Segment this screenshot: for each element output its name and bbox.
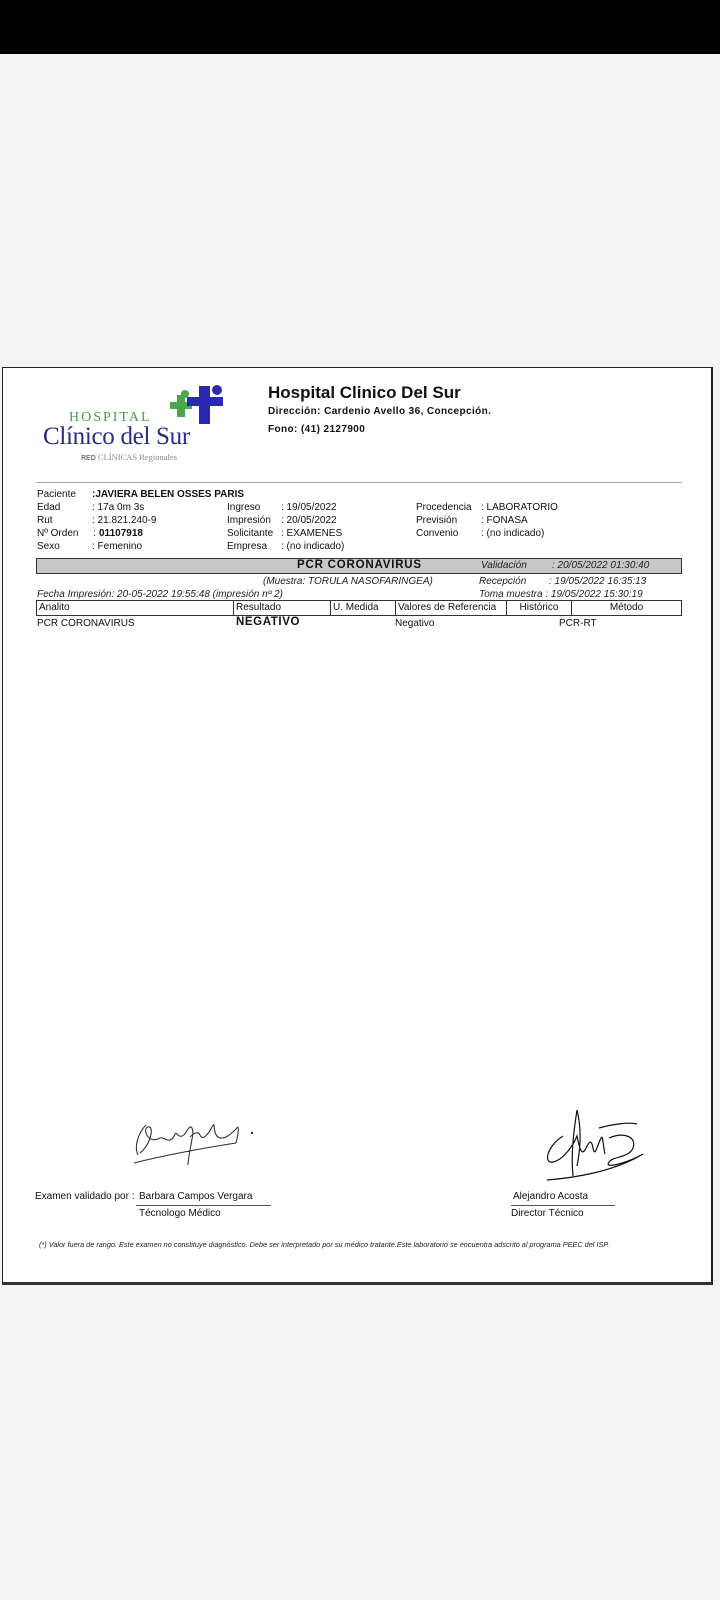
procedencia-label: Procedencia <box>416 502 472 513</box>
solicitante-value: : EXAMENES <box>281 528 342 539</box>
lab-report-page: HOSPITAL Clínico del Sur RED CLÍNICAS Re… <box>2 367 713 1285</box>
fecha-impresion: Fecha Impresión: 20-05-2022 19:55:48 (im… <box>37 589 283 600</box>
paciente-label: Paciente <box>37 489 76 500</box>
prevision-value: : FONASA <box>481 515 528 526</box>
header-divider <box>36 482 682 483</box>
hospital-logo: HOSPITAL Clínico del Sur RED CLÍNICAS Re… <box>41 382 231 464</box>
validado-label: Examen validado por : <box>35 1191 135 1202</box>
recepcion-value: : 19/05/2022 16:35:13 <box>549 576 646 587</box>
row-metodo: PCR-RT <box>559 618 597 629</box>
convenio-value: : (no indicado) <box>481 528 544 539</box>
edad-value: : 17a 0m 3s <box>92 502 144 513</box>
validator-role: Técnologo Médico <box>139 1208 221 1219</box>
solicitante-label: Solicitante <box>227 528 273 539</box>
director-name: Alejandro Acosta <box>513 1191 588 1202</box>
toma-muestra: Toma muestra : 19/05/2022 15:30:19 <box>479 589 643 600</box>
ingreso-value: : 19/05/2022 <box>281 502 337 513</box>
status-bar <box>0 0 720 54</box>
director-signature <box>533 1106 653 1186</box>
prevision-label: Previsión <box>416 515 457 526</box>
rut-value: : 21.821.240-9 <box>92 515 157 526</box>
col-unidad: U. Medida <box>331 601 396 615</box>
orden-label: Nº Orden <box>37 528 78 539</box>
col-metodo: Método <box>572 601 681 615</box>
ingreso-label: Ingreso <box>227 502 260 513</box>
recepcion-label: Recepción <box>479 576 526 587</box>
director-role: Director Técnico <box>511 1208 584 1219</box>
hospital-title: Hospital Clinico Del Sur <box>268 383 461 403</box>
col-resultado: Resultado <box>234 601 331 615</box>
hospital-address: Dirección: Cardenio Avello 36, Concepció… <box>268 406 491 417</box>
impresion-value: : 20/05/2022 <box>281 515 337 526</box>
sexo-value: : Femenino <box>92 541 142 552</box>
procedencia-value: : LABORATORIO <box>481 502 558 513</box>
orden-value: 01107918 <box>99 528 143 539</box>
validacion-label: Validación <box>481 560 527 571</box>
col-referencia: Valores de Referencia <box>396 601 507 615</box>
logo-name-text: Clínico del Sur <box>43 423 190 451</box>
convenio-label: Convenio <box>416 528 458 539</box>
hospital-phone: Fono: (41) 2127900 <box>268 424 365 435</box>
row-analito: PCR CORONAVIRUS <box>37 618 135 629</box>
row-referencia: Negativo <box>395 618 434 629</box>
logo-network-text: RED CLÍNICAS Regionales <box>81 452 177 462</box>
row-resultado: NEGATIVO <box>236 616 300 628</box>
results-table-header: Analito Resultado U. Medida Valores de R… <box>36 600 682 616</box>
validator-signature <box>128 1113 258 1173</box>
edad-label: Edad <box>37 502 60 513</box>
muestra-text: (Muestra: TORULA NASOFARINGEA) <box>263 576 433 587</box>
footnote: (*) Valor fuera de rango. Este examen no… <box>39 1240 609 1249</box>
exam-title: PCR CORONAVIRUS <box>297 559 422 571</box>
col-historico: Histórico <box>507 601 572 615</box>
sexo-label: Sexo <box>37 541 60 552</box>
director-signature-line <box>511 1205 615 1206</box>
empresa-label: Empresa <box>227 541 267 552</box>
empresa-value: : (no indicado) <box>281 541 344 552</box>
validacion-value: : 20/05/2022 01:30:40 <box>552 560 649 571</box>
validator-name: Barbara Campos Vergara <box>139 1191 252 1202</box>
rut-label: Rut <box>37 515 53 526</box>
col-analito: Analito <box>37 601 234 615</box>
exam-title-bar: PCR CORONAVIRUS Validación : 20/05/2022 … <box>36 558 682 574</box>
paciente-value: :JAVIERA BELEN OSSES PARIS <box>92 489 244 500</box>
impresion-label: Impresión <box>227 515 271 526</box>
orden-prefix: : <box>93 528 96 539</box>
validator-signature-line <box>136 1205 271 1206</box>
